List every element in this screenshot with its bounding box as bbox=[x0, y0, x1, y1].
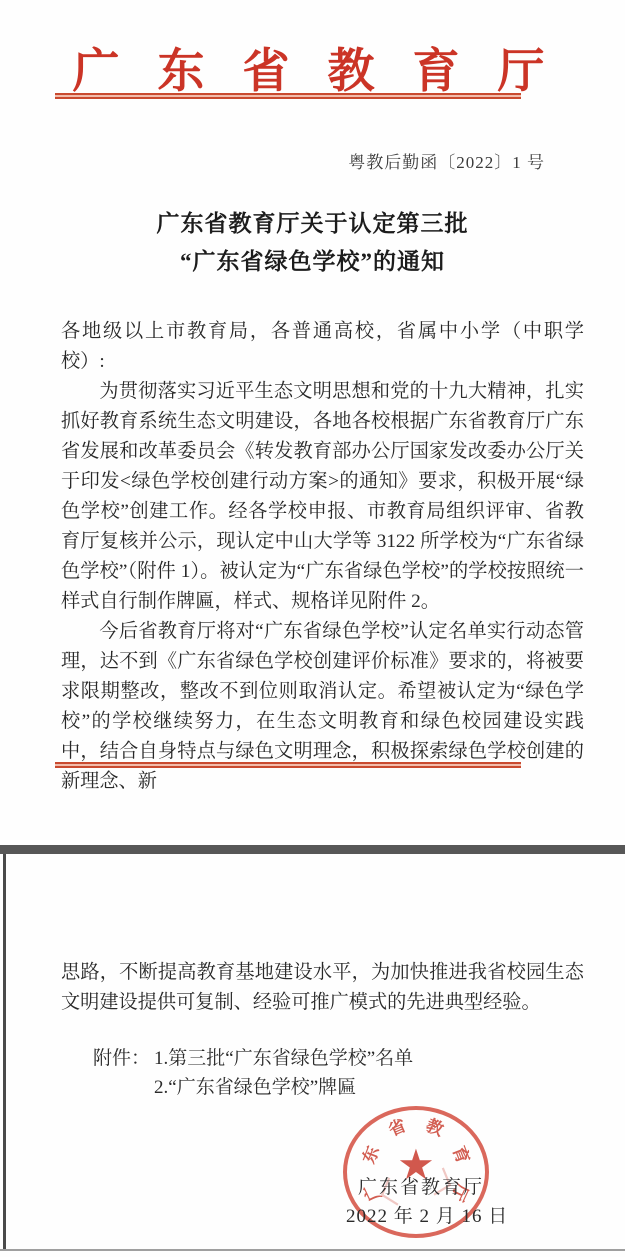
page2-body: 思路，不断提高教育基地建设水平，为加快推进我省校园生态文明建设提供可复制、经验可… bbox=[61, 958, 584, 1018]
seal-arc-char: 东 bbox=[355, 1142, 384, 1167]
seal-arc-char: 教 bbox=[423, 1111, 448, 1141]
paragraph-1: 为贯彻落实习近平生态文明思想和党的十九大精神，扎实抓好教育系统生态文明建设，各地… bbox=[61, 377, 584, 617]
seal-arc-char: 省 bbox=[384, 1111, 409, 1141]
seal-arc-char: 育 bbox=[448, 1142, 477, 1167]
attachments-block: 附件： 1.第三批“广东省绿色学校”名单 2.“广东省绿色学校”牌匾 bbox=[93, 1044, 413, 1102]
signature-date: 2022 年 2 月 16 日 bbox=[346, 1201, 508, 1228]
page2-left-edge bbox=[3, 854, 6, 1250]
notice-title-line2: “广东省绿色学校”的通知 bbox=[0, 243, 625, 281]
attachment-item-1: 1.第三批“广东省绿色学校”名单 bbox=[154, 1044, 413, 1073]
document-scan: 广东省教育厅 粤教后勤函〔2022〕1 号 广东省教育厅关于认定第三批 “广东省… bbox=[0, 0, 625, 1257]
salutation: 各地级以上市教育局，各普通高校，省属中小学（中职学校）: bbox=[61, 317, 584, 377]
document-number: 粤教后勤函〔2022〕1 号 bbox=[348, 148, 545, 173]
attachment-item-2: 2.“广东省绿色学校”牌匾 bbox=[154, 1073, 413, 1102]
agency-letterhead-title: 广东省教育厅 bbox=[0, 34, 625, 101]
page1-body: 各地级以上市教育局，各普通高校，省属中小学（中职学校）: 为贯彻落实习近平生态文… bbox=[61, 317, 584, 797]
paragraph-2: 今后省教育厅将对“广东省绿色学校”认定名单实行动态管理，达不到《广东省绿色学校创… bbox=[61, 617, 584, 797]
page1-footer-rule bbox=[55, 762, 521, 768]
page2-top-edge bbox=[0, 845, 625, 854]
attachments-label: 附件： bbox=[93, 1044, 150, 1073]
signature-agency: 广东省教育厅 bbox=[358, 1172, 484, 1199]
notice-title-line1: 广东省教育厅关于认定第三批 bbox=[0, 205, 625, 243]
paragraph-3: 思路，不断提高教育基地建设水平，为加快推进我省校园生态文明建设提供可复制、经验可… bbox=[61, 958, 584, 1018]
notice-title: 广东省教育厅关于认定第三批 “广东省绿色学校”的通知 bbox=[0, 205, 625, 281]
page2-bottom-edge bbox=[0, 1249, 625, 1251]
letterhead-rule bbox=[55, 93, 521, 99]
